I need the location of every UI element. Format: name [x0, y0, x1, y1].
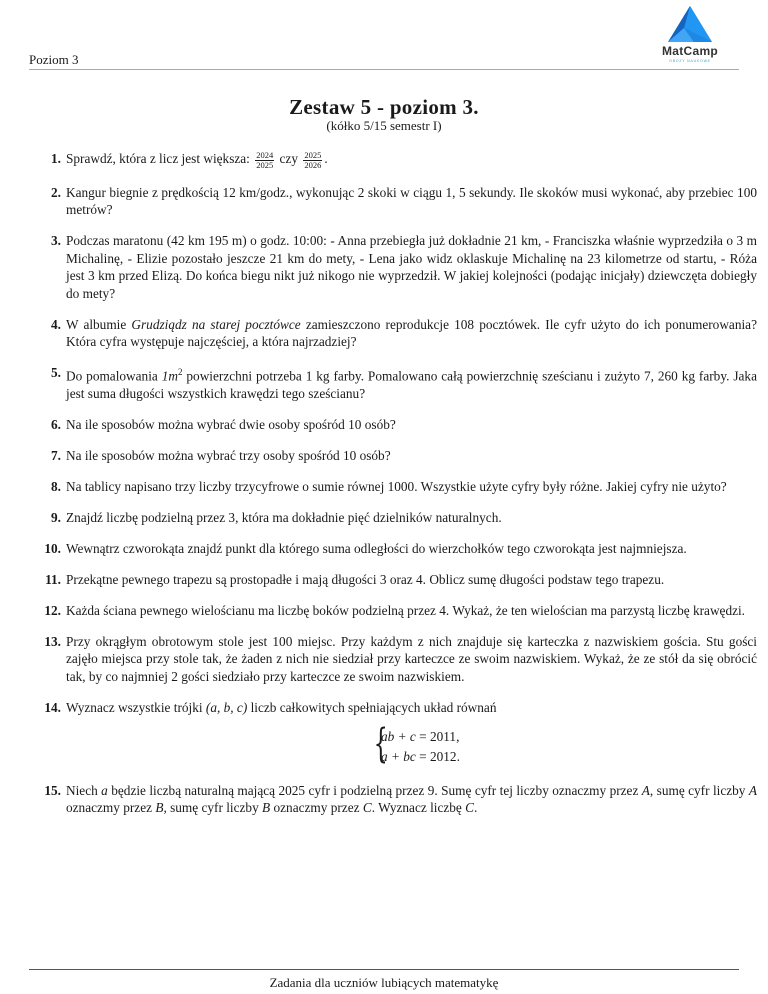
- equation-lhs: ab + c: [381, 729, 416, 744]
- problem-number: 13.: [29, 633, 61, 651]
- problem-text: liczb całkowitych spełniających układ ró…: [247, 700, 496, 715]
- fraction-denominator: 2025: [255, 161, 274, 170]
- problem-number: 2.: [29, 184, 61, 202]
- problem-text: Wewnątrz czworokąta znajdź punkt dla któ…: [66, 541, 687, 556]
- problem-number: 11.: [29, 571, 61, 589]
- problem-text: Każda ściana pewnego wielościanu ma licz…: [66, 603, 745, 618]
- level-label: Poziom 3: [29, 52, 78, 68]
- problem-9: 9. Znajdź liczbę podzielną przez 3, któr…: [29, 509, 757, 527]
- problem-1: 1. Sprawdź, która z licz jest większa: 2…: [29, 150, 757, 170]
- equation-rhs: = 2011,: [416, 729, 460, 744]
- problem-text: oznaczmy przez: [66, 800, 155, 815]
- math-variable: A: [749, 783, 757, 798]
- equation-lhs: a + bc: [381, 749, 416, 764]
- problem-2: 2. Kangur biegnie z prędkością 12 km/god…: [29, 184, 757, 219]
- problem-text: W albumie: [66, 317, 131, 332]
- problem-8: 8. Na tablicy napisano trzy liczby trzyc…: [29, 478, 757, 496]
- problem-text: , sumę cyfr liczby: [163, 800, 262, 815]
- problem-text: , sumę cyfr liczby: [650, 783, 749, 798]
- problem-11: 11. Przekątne pewnego trapezu są prostop…: [29, 571, 757, 589]
- album-title: Grudziądz na starej pocztówce: [131, 317, 300, 332]
- math-variable: A: [642, 783, 650, 798]
- fraction: 20242025: [255, 151, 274, 170]
- logo-tagline: OBOZY NAUKOWE: [640, 59, 740, 63]
- equation-2: a + bc = 2012.: [381, 748, 460, 766]
- problem-6: 6. Na ile sposobów można wybrać dwie oso…: [29, 416, 757, 434]
- problem-number: 6.: [29, 416, 61, 434]
- problem-10: 10. Wewnątrz czworokąta znajdź punkt dla…: [29, 540, 757, 558]
- math-expression: 1m: [162, 368, 178, 383]
- problem-number: 9.: [29, 509, 61, 527]
- page-title: Zestaw 5 - poziom 3.: [0, 95, 768, 120]
- problem-7: 7. Na ile sposobów można wybrać trzy oso…: [29, 447, 757, 465]
- math-variable: B: [262, 800, 270, 815]
- problem-number: 7.: [29, 447, 61, 465]
- footer-divider: [29, 969, 739, 970]
- problem-12: 12. Każda ściana pewnego wielościanu ma …: [29, 602, 757, 620]
- math-variable: a: [101, 783, 108, 798]
- problem-text: Przy okrągłym obrotowym stole jest 100 m…: [66, 634, 757, 684]
- problem-number: 10.: [29, 540, 61, 558]
- problem-text: .: [324, 151, 327, 166]
- problem-13: 13. Przy okrągłym obrotowym stole jest 1…: [29, 633, 757, 686]
- math-expression: (a, b, c): [206, 700, 247, 715]
- equation-rhs: = 2012.: [416, 749, 460, 764]
- problem-text: .: [474, 800, 477, 815]
- problem-text: Znajdź liczbę podzielną przez 3, która m…: [66, 510, 502, 525]
- problem-5: 5. Do pomalowania 1m2 powierzchni potrze…: [29, 364, 757, 402]
- math-variable: C: [363, 800, 372, 815]
- problem-text: . Wyznacz liczbę: [372, 800, 465, 815]
- problem-4: 4. W albumie Grudziądz na starej pocztów…: [29, 316, 757, 351]
- problem-15: 15. Niech a będzie liczbą naturalną mają…: [29, 782, 757, 817]
- header-divider: [29, 69, 739, 70]
- fraction: 20252026: [303, 151, 322, 170]
- worksheet-page: Poziom 3 MatCamp OBOZY NAUKOWE Zestaw 5 …: [0, 0, 768, 994]
- problem-text: Niech: [66, 783, 101, 798]
- problem-number: 8.: [29, 478, 61, 496]
- problem-number: 12.: [29, 602, 61, 620]
- problem-number: 14.: [29, 699, 61, 717]
- problem-14: 14. Wyznacz wszystkie trójki (a, b, c) l…: [29, 699, 757, 769]
- equation-system: { ab + c = 2011, a + bc = 2012.: [66, 728, 757, 768]
- problem-text: Na ile sposobów można wybrać trzy osoby …: [66, 448, 391, 463]
- matcamp-logo: MatCamp OBOZY NAUKOWE: [640, 4, 740, 66]
- fraction-denominator: 2026: [303, 161, 322, 170]
- problem-text: Na ile sposobów można wybrać dwie osoby …: [66, 417, 396, 432]
- logo-wordmark: MatCamp: [640, 44, 740, 58]
- problem-text: Sprawdź, która z licz jest większa:: [66, 151, 253, 166]
- problem-text: Przekątne pewnego trapezu są prostopadłe…: [66, 572, 664, 587]
- problem-text: Na tablicy napisano trzy liczby trzycyfr…: [66, 479, 727, 494]
- page-subtitle: (kółko 5/15 semestr I): [0, 118, 768, 134]
- problem-3: 3. Podczas maratonu (42 km 195 m) o godz…: [29, 232, 757, 302]
- problem-number: 4.: [29, 316, 61, 334]
- problem-list: 1. Sprawdź, która z licz jest większa: 2…: [29, 150, 757, 830]
- page-footer: Zadania dla uczniów lubiących matematykę: [0, 975, 768, 991]
- problem-text: Do pomalowania: [66, 368, 162, 383]
- problem-text: czy: [276, 151, 301, 166]
- problem-number: 1.: [29, 150, 61, 168]
- problem-number: 15.: [29, 782, 61, 800]
- problem-text: oznaczmy przez: [270, 800, 363, 815]
- triangle-logo-icon: [654, 4, 726, 44]
- problem-text: Wyznacz wszystkie trójki: [66, 700, 206, 715]
- problem-number: 5.: [29, 364, 61, 382]
- problem-text: Podczas maratonu (42 km 195 m) o godz. 1…: [66, 233, 757, 301]
- math-variable: C: [465, 800, 474, 815]
- problem-text: będzie liczbą naturalną mającą 2025 cyfr…: [108, 783, 642, 798]
- equation-1: ab + c = 2011,: [381, 728, 459, 746]
- problem-text: Kangur biegnie z prędkością 12 km/godz.,…: [66, 185, 757, 218]
- problem-number: 3.: [29, 232, 61, 250]
